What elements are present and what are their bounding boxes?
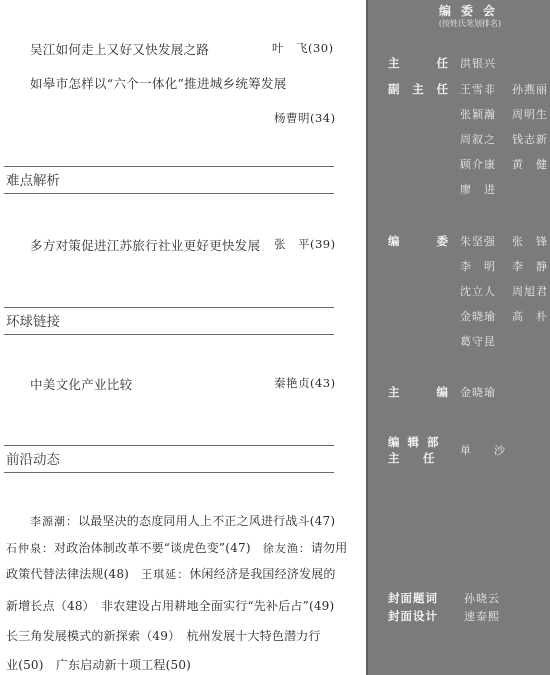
section-heading: 环球链接	[4, 307, 334, 335]
news-line[interactable]: 新增长点（48） 非农建设占用耕地全面实行“先补后占”(49)	[6, 593, 336, 619]
page-number: (43)	[310, 376, 336, 390]
article-byline: 叶 飞(30)	[272, 40, 334, 56]
news-author: 徐友渔：	[263, 542, 311, 555]
news-line[interactable]: 李源潮：以最坚决的态度同用人上不正之风进行战斗(47)	[6, 508, 336, 535]
role-names-row: 顾介康黄 健	[368, 156, 550, 172]
article-title[interactable]: 如皋市怎样以“六个一体化”推进城乡统筹发展	[30, 74, 287, 92]
board-title: 编委会	[368, 2, 550, 19]
news-line[interactable]: 业(50) 广东启动新十项工程(50)	[6, 652, 336, 675]
news-text: 休闲经济是我国经济发展的	[189, 567, 335, 581]
article-byline: 张 平(39)	[274, 236, 336, 252]
author: 叶 飞	[272, 41, 308, 55]
news-author: 王琪延：	[141, 568, 189, 581]
news-text: 对政治体制改革不要“谈虎色变”(47)	[54, 541, 263, 555]
cover-design-credit: 封面设计 速泰熙	[368, 608, 550, 624]
contents-column: 吴江如何走上又好又快发展之路 叶 飞(30) 如皋市怎样以“六个一体化”推进城乡…	[0, 0, 366, 675]
page-number: (39)	[310, 237, 336, 251]
article-byline: 杨曹明(34)	[274, 110, 336, 126]
article-byline: 秦艳贞(43)	[274, 375, 336, 391]
article-title[interactable]: 吴江如何走上又好又快发展之路	[30, 40, 209, 58]
section-heading: 难点解析	[4, 166, 334, 194]
role-label: 编委	[388, 233, 448, 249]
role-deputy-director: 副主任 王雪非孙燕丽	[368, 81, 550, 97]
page-number: (30)	[308, 41, 334, 55]
role-label: 副主任	[388, 81, 448, 97]
news-author: 李源潮：	[30, 515, 78, 528]
author: 张 平	[274, 237, 310, 251]
role-names-row: 沈立人周旭君	[368, 283, 550, 299]
article-title[interactable]: 多方对策促进江苏旅行社业更好更快发展	[30, 236, 260, 254]
news-line[interactable]: 石仲泉：对政治体制改革不要“谈虎色变”(47) 徐友渔：请勿用	[6, 535, 336, 562]
news-text: 以最坚决的态度同用人上不正之风进行战斗(47)	[78, 514, 335, 528]
role-names: 洪银兴	[460, 55, 502, 71]
section-heading: 前沿动态	[4, 445, 334, 473]
page-number: (34)	[310, 111, 336, 125]
board-subtitle: (按姓氏笔划排名)	[368, 18, 550, 29]
role-board-members: 编委 朱坚强张 锋	[368, 233, 550, 249]
role-editorial-director: 编辑部 主 任 单 沙	[368, 434, 550, 466]
role-names-row: 李 明李 静	[368, 258, 550, 274]
role-label: 主编	[388, 384, 448, 400]
cover-calligraphy-credit: 封面题词 孙晓云	[368, 590, 550, 606]
role-director: 主任 洪银兴	[368, 55, 550, 71]
news-text: 政策代替法律法规(48)	[6, 567, 141, 581]
role-chief-editor: 主编 金晓瑜	[368, 384, 550, 400]
role-label: 编辑部 主 任	[388, 434, 448, 466]
news-line[interactable]: 政策代替法律法规(48) 王琪延：休闲经济是我国经济发展的	[6, 561, 336, 588]
news-line[interactable]: 长三角发展模式的新探索（49） 杭州发展十大特色潜力行	[6, 623, 336, 649]
role-label: 主任	[388, 55, 448, 71]
news-text: 请勿用	[311, 541, 348, 555]
role-names-row: 金晓瑜高 朴	[368, 308, 550, 324]
author: 杨曹明	[274, 111, 310, 125]
news-author: 石仲泉：	[6, 542, 54, 555]
role-names-row: 周叙之钱志新	[368, 131, 550, 147]
editorial-board-panel: 编委会 (按姓氏笔划排名) 主任 洪银兴 副主任 王雪非孙燕丽 张颖瀚周明生 周…	[366, 0, 550, 675]
role-names: 王雪非孙燕丽	[460, 81, 550, 97]
role-names-row: 廖 进	[368, 181, 550, 197]
author: 秦艳贞	[274, 376, 310, 390]
role-names-row: 张颖瀚周明生	[368, 106, 550, 122]
article-title[interactable]: 中美文化产业比较	[30, 375, 132, 393]
role-names-row: 葛守昆	[368, 333, 550, 349]
